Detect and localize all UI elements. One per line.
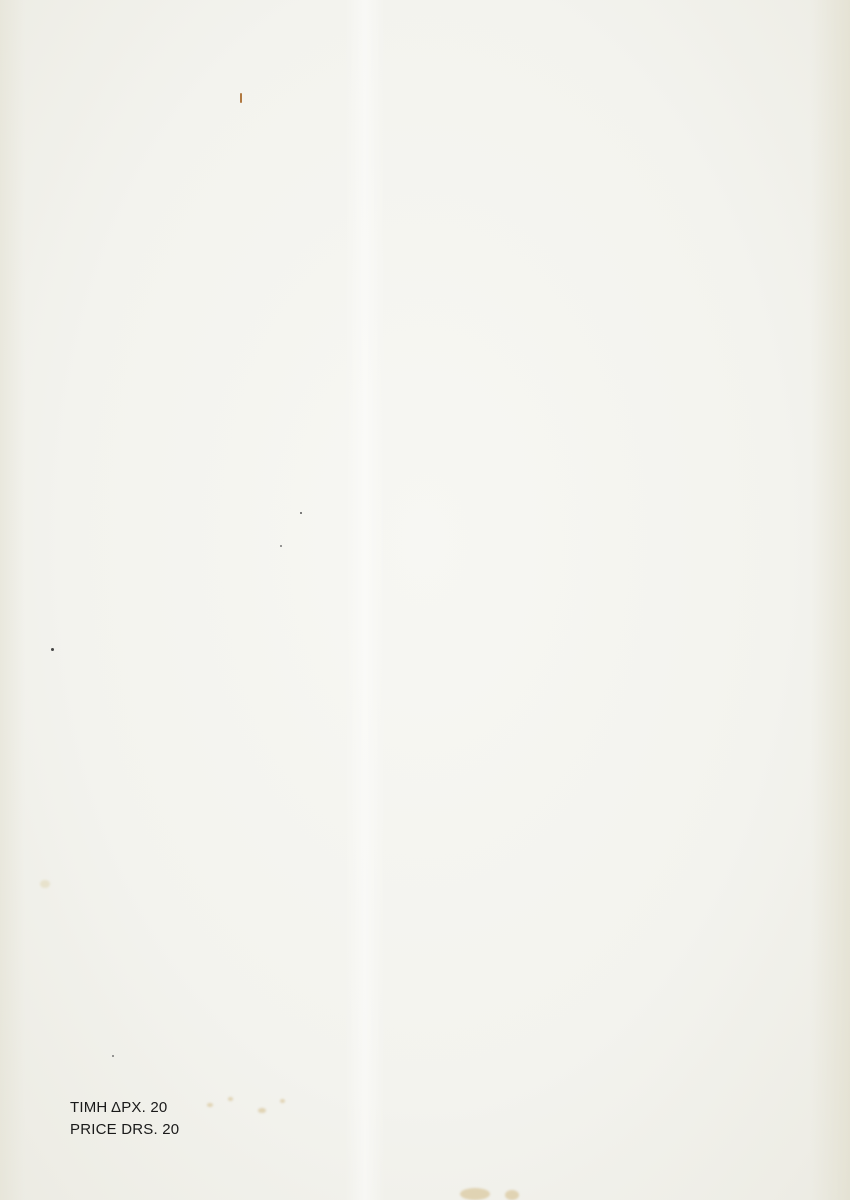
right-edge-shadow <box>810 0 850 1200</box>
dust-speck <box>51 648 54 651</box>
stain <box>460 1188 490 1200</box>
price-english: PRICE DRS. 20 <box>70 1119 179 1141</box>
stain <box>258 1108 266 1113</box>
price-label: ΤΙΜΗ ΔΡΧ. 20 PRICE DRS. 20 <box>70 1097 179 1141</box>
stain <box>280 1099 285 1103</box>
stain <box>505 1190 519 1200</box>
paper-page: ΤΙΜΗ ΔΡΧ. 20 PRICE DRS. 20 <box>0 0 850 1200</box>
stain <box>40 880 50 888</box>
left-edge-shadow <box>0 0 25 1200</box>
stain <box>207 1103 213 1107</box>
dust-speck <box>112 1055 114 1057</box>
paper-highlight <box>345 0 385 1200</box>
dust-speck <box>300 512 302 514</box>
stain <box>228 1097 233 1101</box>
reddish-mark <box>240 93 242 103</box>
price-greek: ΤΙΜΗ ΔΡΧ. 20 <box>70 1097 179 1119</box>
dust-speck <box>280 545 282 547</box>
